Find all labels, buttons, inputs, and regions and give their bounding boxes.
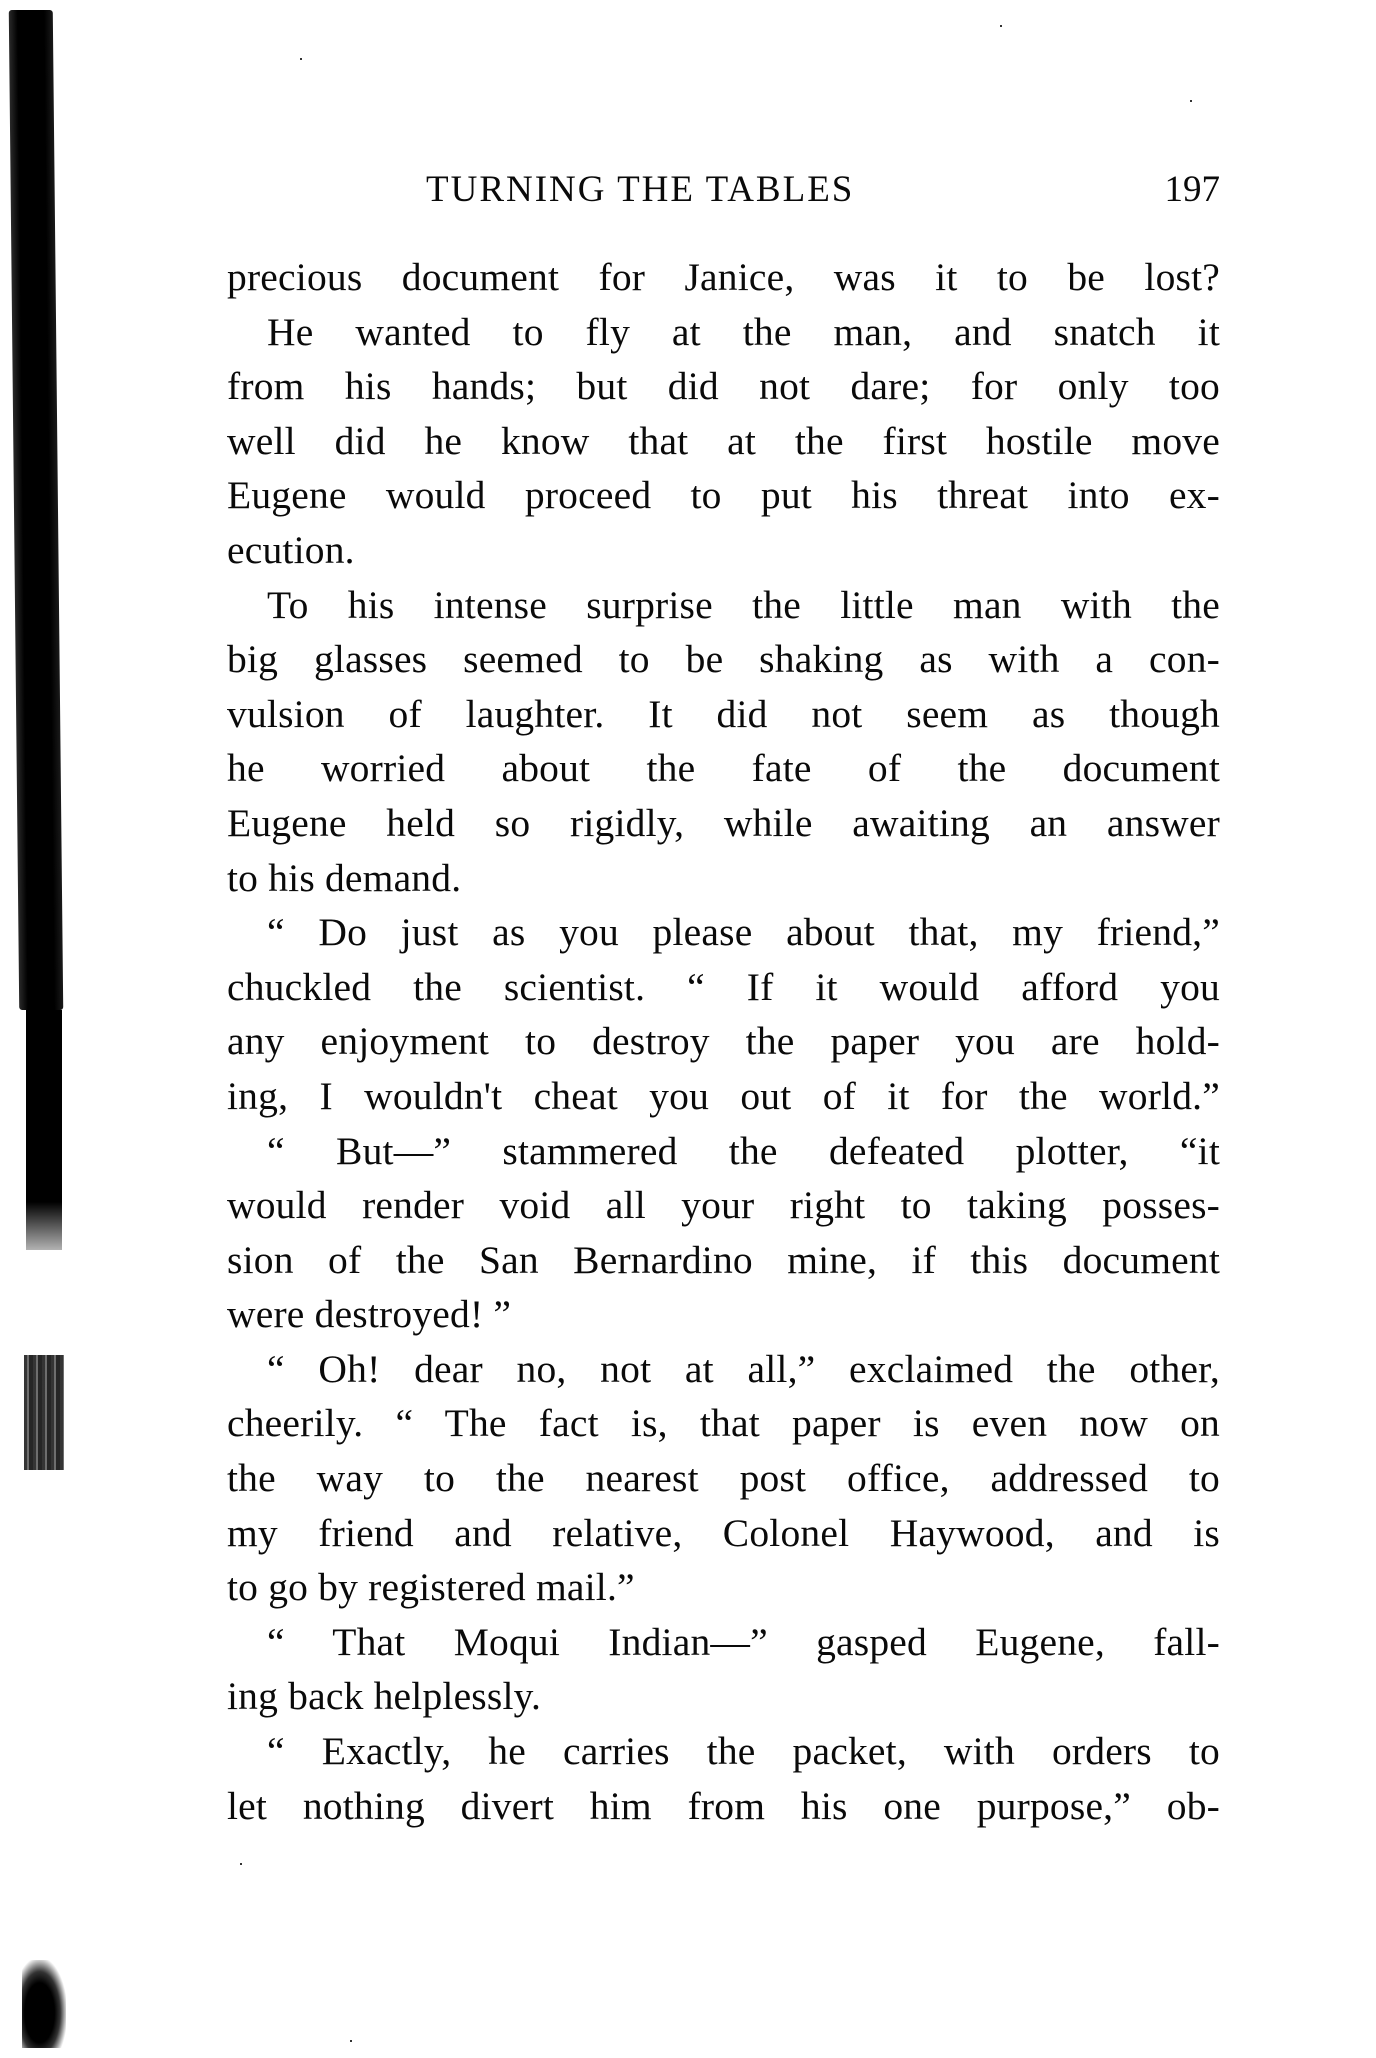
text-line: “ But—” stammered the defeated plotter, … <box>227 1124 1220 1179</box>
text-line: Eugene would proceed to put his threat i… <box>227 468 1220 523</box>
text-line: big glasses seemed to be shaking as with… <box>227 632 1220 687</box>
text-line: my friend and relative, Colonel Haywood,… <box>227 1506 1220 1561</box>
text-line: “ Exactly, he carries the packet, with o… <box>227 1724 1220 1779</box>
text-line: “ Do just as you please about that, my f… <box>227 905 1220 960</box>
text-line: ing back helplessly. <box>227 1669 1220 1724</box>
scan-speck <box>300 58 302 60</box>
scan-binding-shadow <box>9 10 63 1010</box>
scan-smudge-mark <box>22 1960 66 2048</box>
body-text: precious document for Janice, was it to … <box>227 250 1220 1833</box>
scan-speck <box>1190 100 1192 102</box>
text-line: vulsion of laughter. It did not seem as … <box>227 687 1220 742</box>
text-line: “ That Moqui Indian—” gasped Eugene, fal… <box>227 1615 1220 1670</box>
text-line: cheerily. “ The fact is, that paper is e… <box>227 1396 1220 1451</box>
text-line: well did he know that at the first hosti… <box>227 414 1220 469</box>
text-line: sion of the San Bernardino mine, if this… <box>227 1233 1220 1288</box>
text-line: were destroyed! ” <box>227 1287 1220 1342</box>
text-line: from his hands; but did not dare; for on… <box>227 359 1220 414</box>
text-line: the way to the nearest post office, addr… <box>227 1451 1220 1506</box>
scan-speck <box>1000 25 1002 27</box>
text-line: to go by registered mail.” <box>227 1560 1220 1615</box>
text-line: “ Oh! dear no, not at all,” exclaimed th… <box>227 1342 1220 1397</box>
text-line: he worried about the fate of the documen… <box>227 741 1220 796</box>
text-line: ecution. <box>227 523 1220 578</box>
text-line: would render void all your right to taki… <box>227 1178 1220 1233</box>
page-number: 197 <box>1165 168 1221 211</box>
text-line: precious document for Janice, was it to … <box>227 250 1220 305</box>
scan-binding-shadow-fragment <box>24 1355 64 1470</box>
text-line: He wanted to fly at the man, and snatch … <box>227 305 1220 360</box>
running-head: TURNING THE TABLES 197 <box>227 168 1220 218</box>
text-line: let nothing divert him from his one purp… <box>227 1779 1220 1834</box>
chapter-title: TURNING THE TABLES <box>426 168 854 211</box>
text-line: ing, I wouldn't cheat you out of it for … <box>227 1069 1220 1124</box>
text-line: Eugene held so rigidly, while awaiting a… <box>227 796 1220 851</box>
scan-binding-shadow-lower <box>26 1010 62 1250</box>
text-line: to his demand. <box>227 851 1220 906</box>
text-line: any enjoyment to destroy the paper you a… <box>227 1014 1220 1069</box>
text-line: chuckled the scientist. “ If it would af… <box>227 960 1220 1015</box>
scan-speck <box>350 2040 352 2042</box>
scan-speck <box>240 1863 242 1865</box>
text-line: To his intense surprise the little man w… <box>227 578 1220 633</box>
